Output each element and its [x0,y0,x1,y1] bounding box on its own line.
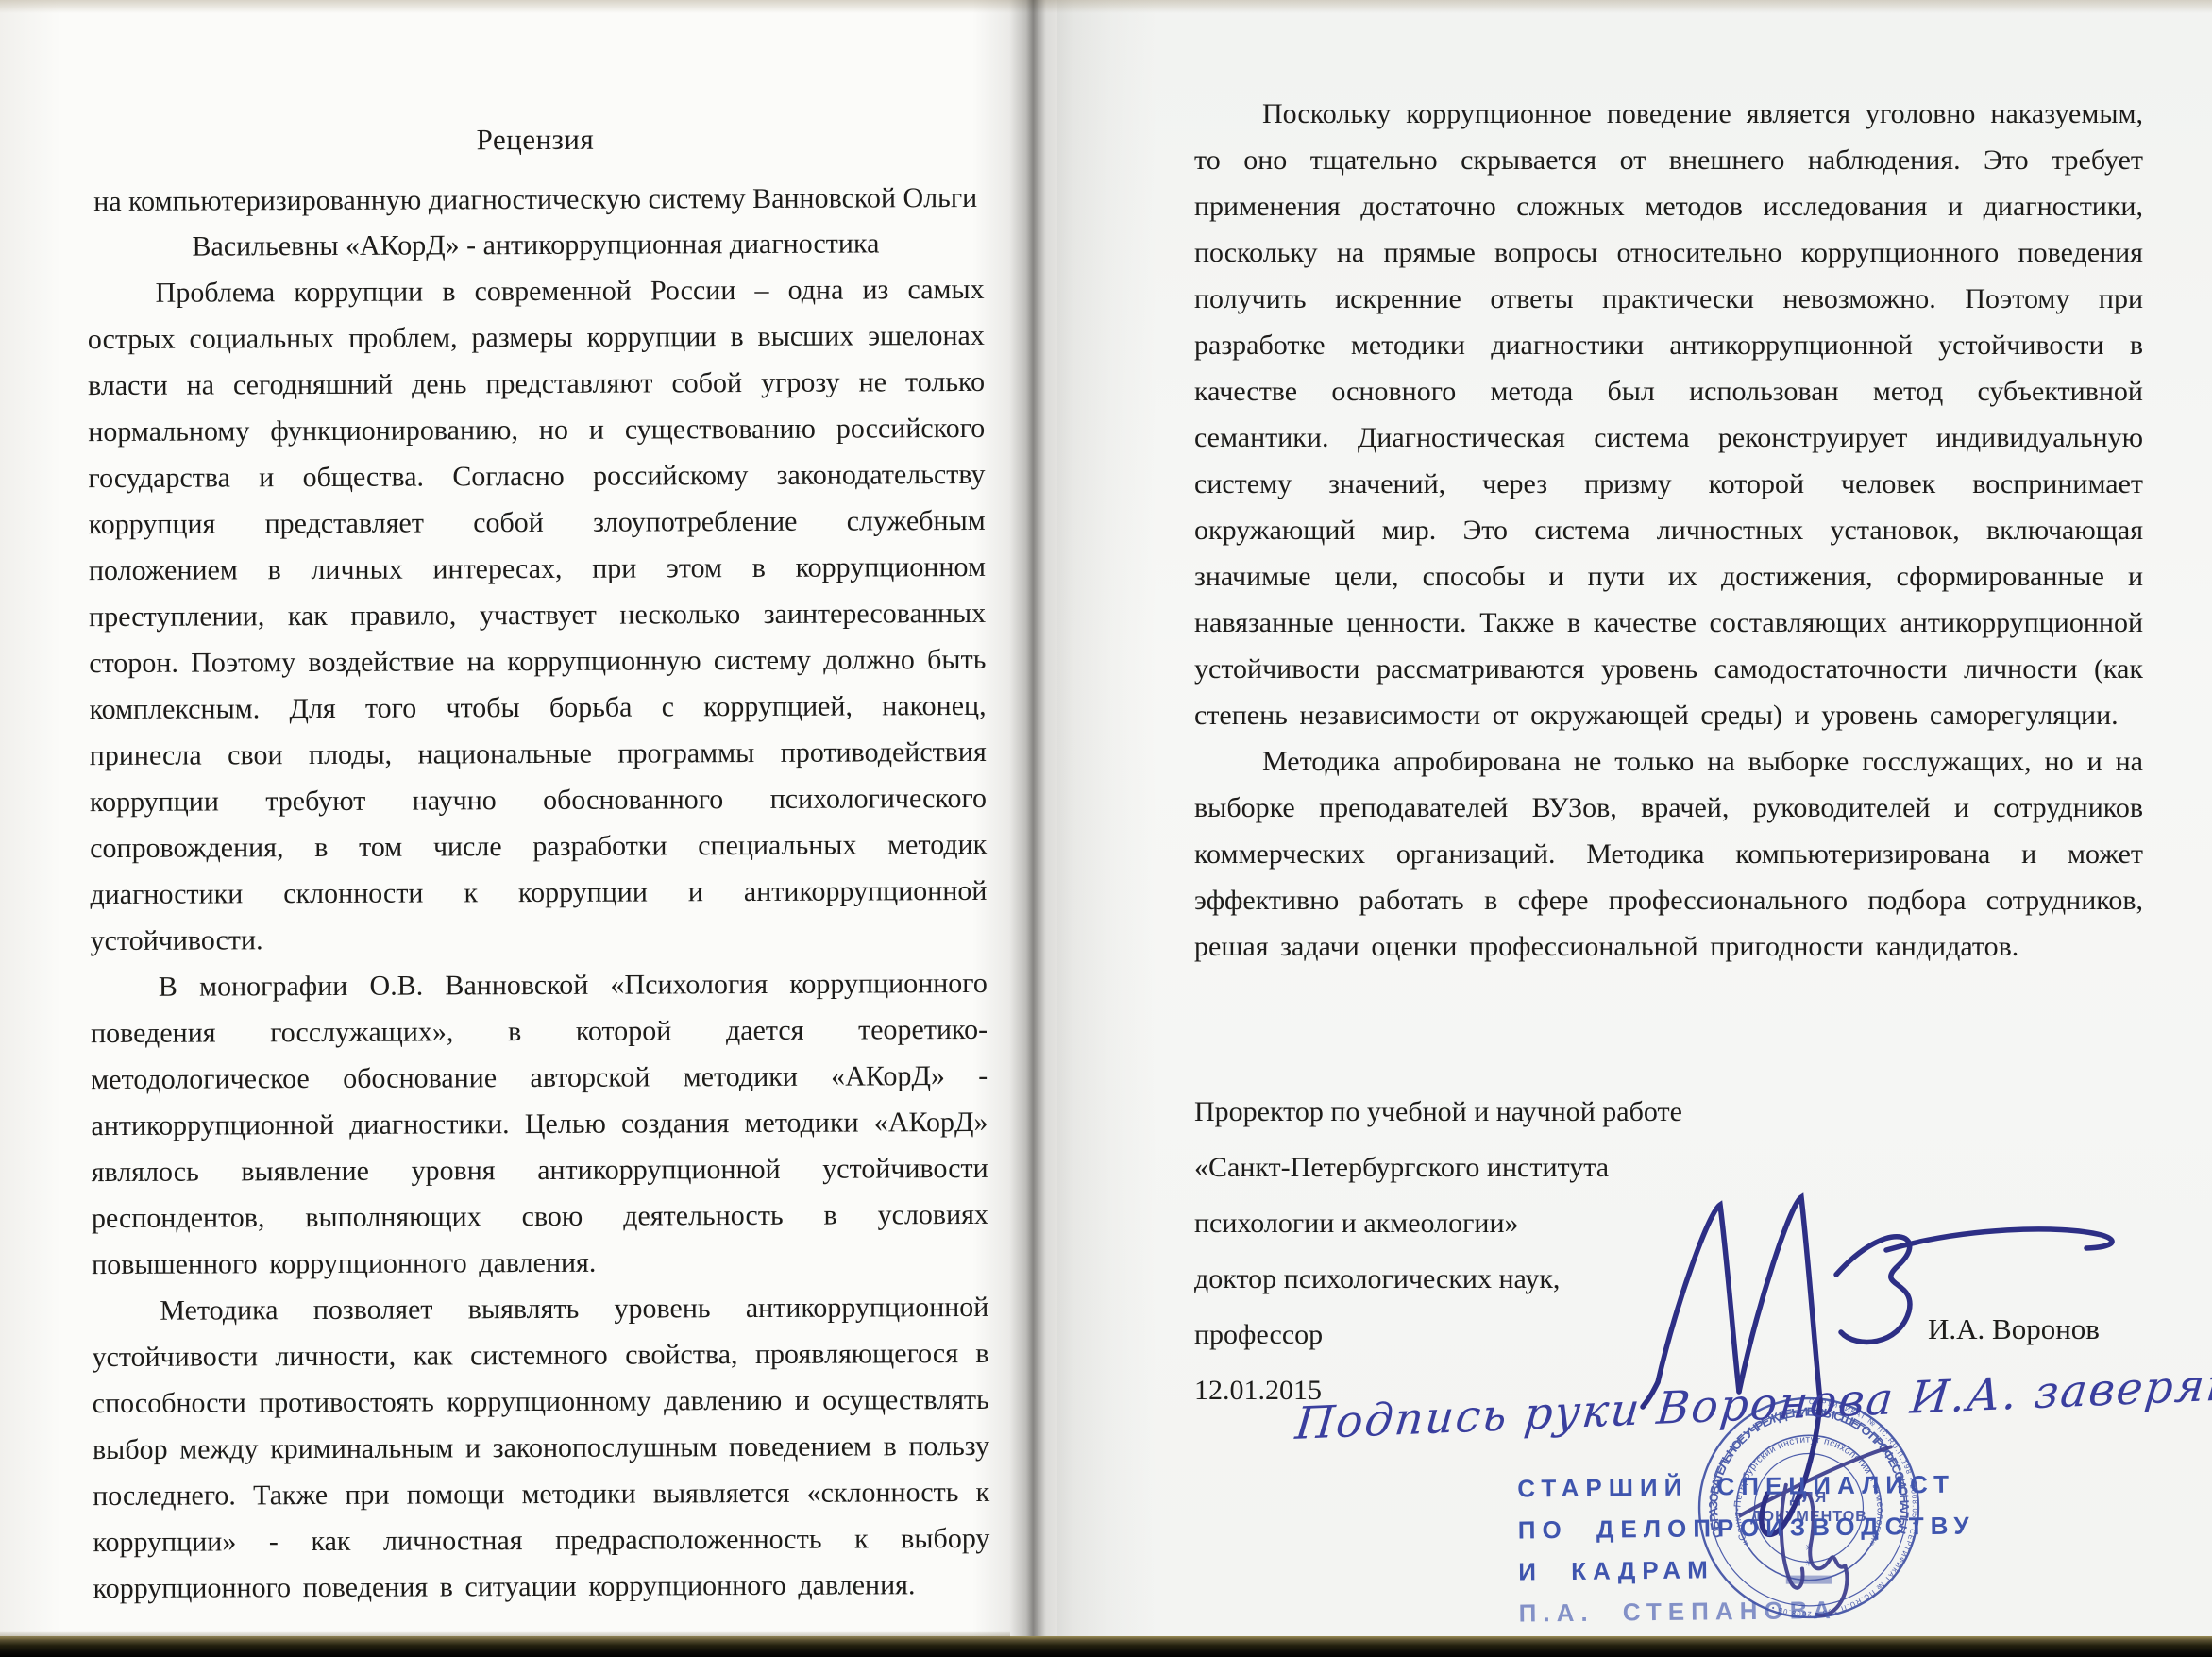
left-paragraph-2: В монографии О.В. Ванновской «Психология… [91,960,988,1288]
left-paragraph-1: Проблема коррупции в современной России … [88,266,988,964]
scanned-review-document: Рецензия на компьютеризированную диагнос… [0,0,2212,1657]
right-page: Поскольку коррупционное поведение являет… [1194,0,2143,970]
document-subtitle: на компьютеризированную диагностическую … [87,176,984,270]
signature-line-position: Проректор по учебной и научной работе [1194,1084,1682,1140]
document-title: Рецензия [87,121,984,159]
right-paragraph-1: Поскольку коррупционное поведение являет… [1194,91,2143,738]
specialist-stamp: СТАРШИЙ СПЕЦИАЛИСТ ПО ДЕЛОПРОИЗВОДСТВУ И… [1517,1463,1977,1633]
right-paragraph-2: Методика апробирована не только на выбор… [1194,738,2143,970]
specialist-stamp-line-3: И КАДРАМ [1518,1546,1976,1592]
left-page: Рецензия на компьютеризированную диагнос… [86,0,989,1612]
specialist-stamp-line-4: П.А. СТЕПАНОВА [1518,1587,1976,1633]
specialist-stamp-line-2: ПО ДЕЛОПРОИЗВОДСТВУ [1518,1504,1976,1550]
scan-bottom-edge [0,1636,2212,1657]
left-paragraph-3: Методика позволяет выявлять уровень анти… [92,1284,989,1612]
page-fold-crease [972,0,1157,1657]
specialist-stamp-line-1: СТАРШИЙ СПЕЦИАЛИСТ [1517,1463,1975,1509]
